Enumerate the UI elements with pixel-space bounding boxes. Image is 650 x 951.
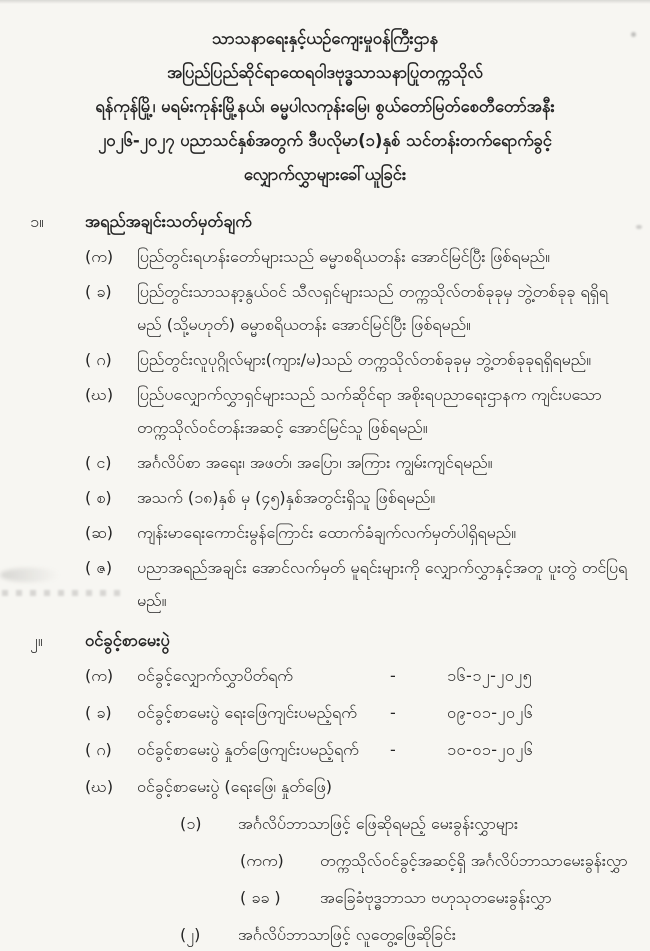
- list-item: ( ဂ) ပြည်တွင်းလူပုဂ္ဂိုလ်များ(ကျား/မ)သည်…: [85, 343, 628, 376]
- item-text: ဝင်ခွင့်လျှောက်လွှာပိတ်ရက်: [137, 659, 390, 692]
- sub-sub-item: (ကက) တက္ကသိုလ်ဝင်ခွင့်အဆင့်ရှိ အင်္ဂလိပ်…: [240, 844, 628, 877]
- document-header: သာသနာရေးနှင့်ယဉ်ကျေးမှုဝန်ကြီးဌာန အပြည်ပ…: [0, 22, 650, 192]
- item-text: အင်္ဂလိပ်ဘာသာဖြင့် ဖြေဆိုရမည့် မေးခွန်းလ…: [238, 807, 628, 840]
- item-label: ( ခခ ): [240, 881, 320, 914]
- section-entrance-exam: ၂။ ဝင်ခွင့်စာမေးပွဲ (က) ဝင်ခွင့်လျှောက်လ…: [0, 623, 650, 951]
- item-text: ပြည်တွင်းလူပုဂ္ဂိုလ်များ(ကျား/မ)သည် တက္က…: [137, 343, 628, 376]
- separator-dash: -: [390, 733, 402, 766]
- item-label: (ဆ): [85, 516, 137, 549]
- list-item-date: ( ခ) ဝင်ခွင့်စာမေးပွဲ ရေးဖြေကျင်းပမည့်ရက…: [85, 696, 628, 729]
- item-text: အခြေခံဗုဒ္ဓဘာသာ ဗဟုသုတမေးခွန်းလွှာ: [320, 881, 628, 914]
- list-item: (က) ပြည်တွင်းရဟန်းတော်များသည် ဓမ္မာစရိယတ…: [85, 240, 628, 273]
- header-address: ရန်ကုန်မြို့၊ မရမ်းကုန်းမြို့နယ်၊ ဓမ္မပါ…: [0, 90, 650, 124]
- document-page: သာသနာရေးနှင့်ယဉ်ကျေးမှုဝန်ကြီးဌာန အပြည်ပ…: [0, 0, 650, 951]
- header-subject: လျှောက်လွှာများခေါ်ယူခြင်း: [0, 158, 650, 192]
- header-ministry: သာသနာရေးနှင့်ယဉ်ကျေးမှုဝန်ကြီးဌာန: [0, 22, 650, 56]
- item-label: ( စ): [85, 481, 137, 514]
- item-label: (ဃ): [85, 770, 137, 803]
- scan-edge-shadow: [0, 0, 650, 4]
- scan-speck: [636, 225, 642, 229]
- section-2-heading: ၂။ ဝင်ခွင့်စာမေးပွဲ: [0, 623, 650, 659]
- item-label: (၁): [180, 807, 238, 840]
- item-label: ( ခ): [85, 275, 137, 308]
- item-label: (ဃ): [85, 378, 137, 411]
- item-text: ဝင်ခွင့်စာမေးပွဲ (ရေးဖြေ၊ နှုတ်ဖြေ): [137, 770, 628, 803]
- item-label: ( ဂ): [85, 343, 137, 376]
- section-qualifications: ၁။ အရည်အချင်းသတ်မှတ်ချက် (က) ပြည်တွင်းရဟ…: [0, 204, 650, 617]
- scan-speck: [631, 32, 636, 37]
- item-label: ( ဂ): [85, 733, 137, 766]
- sub-item: (၂) အင်္ဂလိပ်ဘာသာဖြင့် လူတွေ့ဖြေဆိုခြင်း: [180, 918, 628, 951]
- item-text: ကျန်းမာရေးကောင်းမွန်ကြောင်း ထောက်ခံချက်လ…: [137, 516, 628, 549]
- item-text: တက္ကသိုလ်ဝင်ခွင့်အဆင့်ရှိ အင်္ဂလိပ်ဘာသာမ…: [320, 844, 628, 877]
- list-item: ( င) အင်္ဂလိပ်စာ အရေး၊ အဖတ်၊ အပြော၊ အကြာ…: [85, 446, 628, 479]
- item-text: အင်္ဂလိပ်စာ အရေး၊ အဖတ်၊ အပြော၊ အကြား ကျွ…: [137, 446, 628, 479]
- section-1-number: ၁။: [0, 204, 85, 240]
- scan-smudge: [0, 568, 60, 582]
- header-academic-year: ၂၀၂၆-၂၀၂၇ ပညာသင်နှစ်အတွက် ဒီပလိုမာ(၁)နှစ…: [0, 124, 650, 158]
- item-text: ပြည်တွင်းသာသနာ့နွယ်ဝင် သီလရှင်များသည် တက…: [137, 275, 628, 341]
- section-2-title: ဝင်ခွင့်စာမေးပွဲ: [85, 623, 170, 659]
- section-2-number: ၂။: [0, 623, 85, 659]
- item-text: ပြည်တွင်းရဟန်းတော်များသည် ဓမ္မာစရိယတန်း …: [137, 240, 628, 273]
- item-label: ( င): [85, 446, 137, 479]
- list-item: (ဃ) ဝင်ခွင့်စာမေးပွဲ (ရေးဖြေ၊ နှုတ်ဖြေ): [85, 770, 628, 803]
- separator-dash: -: [390, 659, 402, 692]
- item-text: အင်္ဂလိပ်ဘာသာဖြင့် လူတွေ့ဖြေဆိုခြင်း: [238, 918, 628, 951]
- item-label: (၂): [180, 918, 238, 951]
- item-date: ၁၆-၁၂-၂၀၂၅: [447, 659, 532, 692]
- list-item: (ဃ) ပြည်ပလျှောက်လွှာရှင်များသည် သက်ဆိုင်…: [85, 378, 628, 444]
- section-1-heading: ၁။ အရည်အချင်းသတ်မှတ်ချက်: [0, 204, 650, 240]
- item-text: ပြည်ပလျှောက်လွှာရှင်များသည် သက်ဆိုင်ရာ အ…: [137, 378, 628, 444]
- list-item-date: (က) ဝင်ခွင့်လျှောက်လွှာပိတ်ရက် - ၁၆-၁၂-၂…: [85, 659, 628, 692]
- item-label: ( ခ): [85, 696, 137, 729]
- item-label: (က): [85, 240, 137, 273]
- list-item: (ဆ) ကျန်းမာရေးကောင်းမွန်ကြောင်း ထောက်ခံခ…: [85, 516, 628, 549]
- item-label: ( ဇ): [85, 551, 137, 584]
- section-1-title: အရည်အချင်းသတ်မှတ်ချက်: [85, 204, 252, 240]
- item-text: ပညာအရည်အချင်း အောင်လက်မှတ် မူရင်းများကို…: [137, 551, 628, 617]
- list-item: ( ခ) ပြည်တွင်းသာသနာ့နွယ်ဝင် သီလရှင်များသ…: [85, 275, 628, 341]
- list-item: ( ဇ) ပညာအရည်အချင်း အောင်လက်မှတ် မူရင်းမျ…: [85, 551, 628, 617]
- scan-smudge: [2, 590, 122, 596]
- item-label: (က): [85, 659, 137, 692]
- item-label: (ကက): [240, 844, 320, 877]
- item-text: ဝင်ခွင့်စာမေးပွဲ နှုတ်ဖြေကျင်းပမည့်ရက်: [137, 733, 390, 766]
- list-item: ( စ) အသက် (၁၈)နှစ် မှ (၄၅)နှစ်အတွင်းရှိသ…: [85, 481, 628, 514]
- header-university: အပြည်ပြည်ဆိုင်ရာထေရဝါဒဗုဒ္ဓသာသနာပြုတက္ကသ…: [0, 56, 650, 90]
- item-date: ၁၀-၀၁-၂၀၂၆: [447, 733, 533, 766]
- item-date: ၀၉-၀၁-၂၀၂၆: [447, 696, 533, 729]
- item-text: ဝင်ခွင့်စာမေးပွဲ ရေးဖြေကျင်းပမည့်ရက်: [137, 696, 390, 729]
- item-text: အသက် (၁၈)နှစ် မှ (၄၅)နှစ်အတွင်းရှိသူ ဖြစ…: [137, 481, 628, 514]
- sub-sub-item: ( ခခ ) အခြေခံဗုဒ္ဓဘာသာ ဗဟုသုတမေးခွန်းလွှ…: [240, 881, 628, 914]
- list-item-date: ( ဂ) ဝင်ခွင့်စာမေးပွဲ နှုတ်ဖြေကျင်းပမည့်…: [85, 733, 628, 766]
- separator-dash: -: [390, 696, 402, 729]
- sub-item: (၁) အင်္ဂလိပ်ဘာသာဖြင့် ဖြေဆိုရမည့် မေးခွ…: [180, 807, 628, 840]
